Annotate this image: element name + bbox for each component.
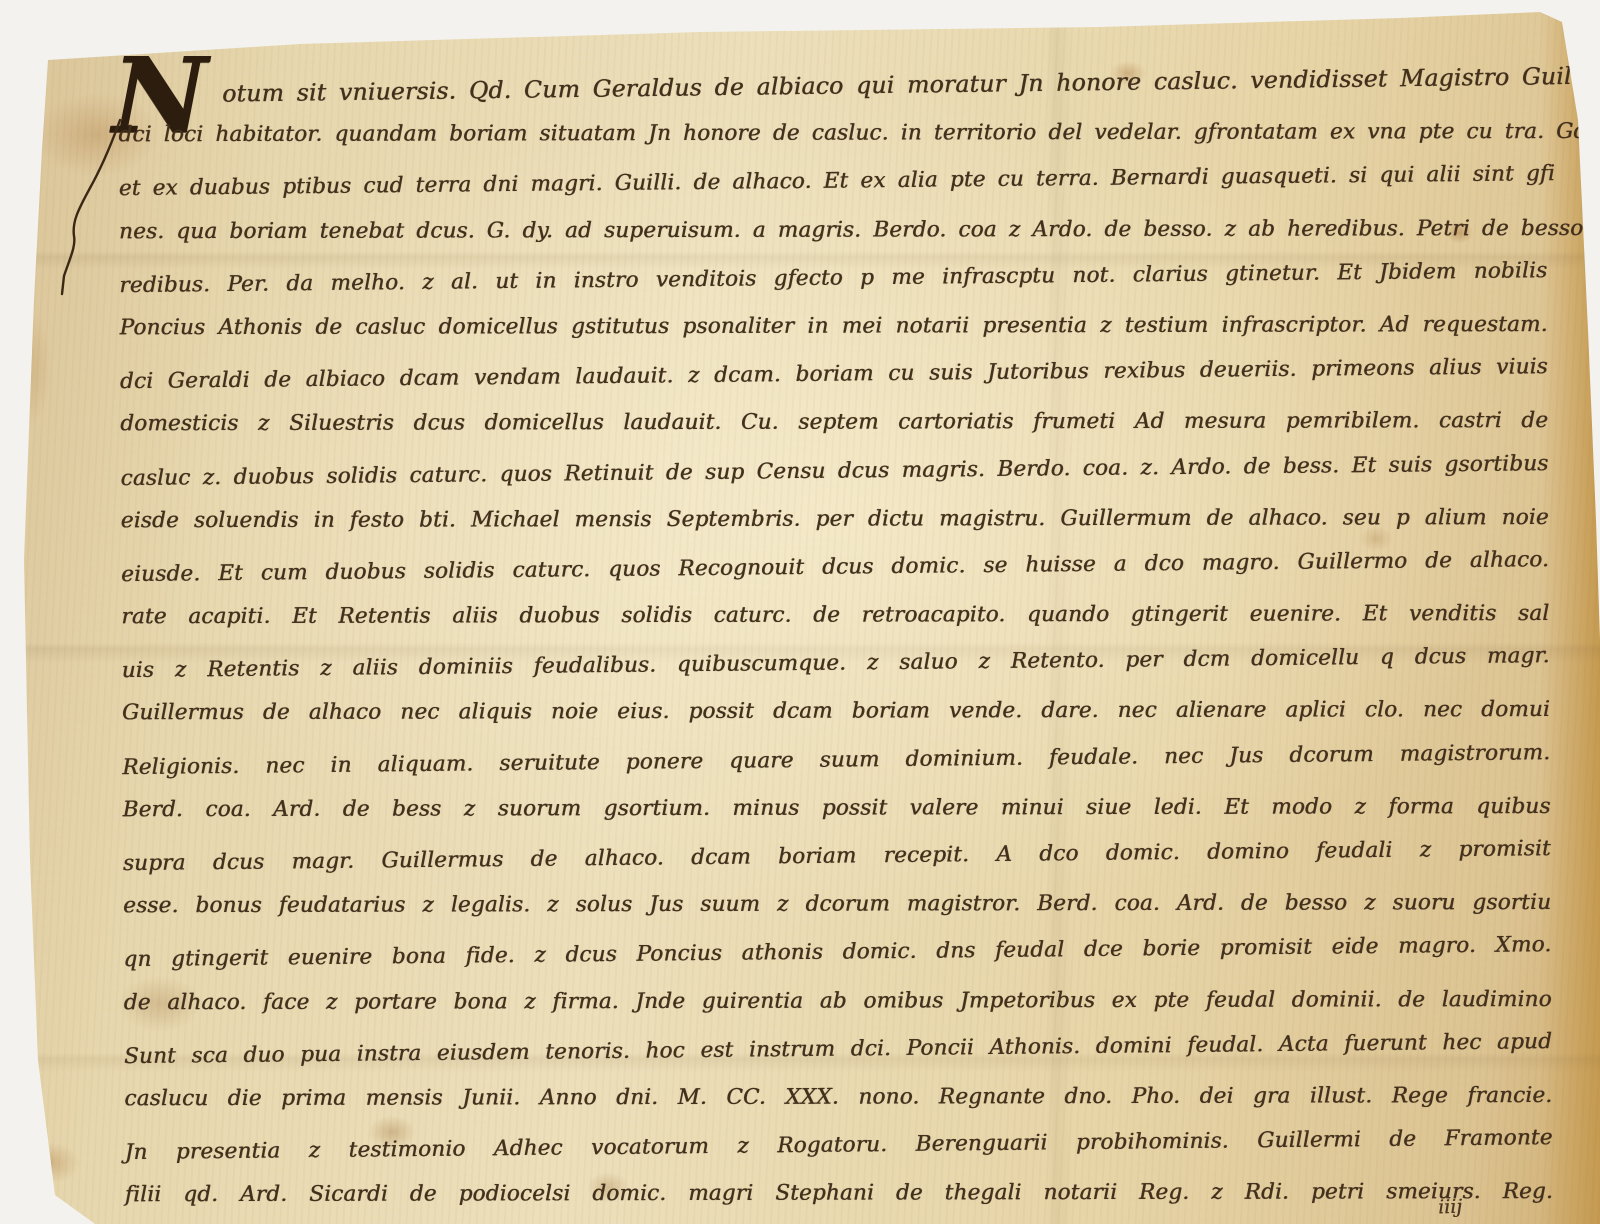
parchment-sheet: N otum sit vniuersis. Qd. Cum Geraldus d… — [0, 0, 1600, 1224]
manuscript-line: domesticis z Siluestris dcus domicellus … — [120, 397, 1548, 448]
manuscript-line: casluc z. duobus solidis caturc. quos Re… — [120, 440, 1548, 503]
folio-quire-mark: iiij — [1438, 1196, 1463, 1219]
scan-background: N otum sit vniuersis. Qd. Cum Geraldus d… — [0, 0, 1600, 1224]
manuscript-text: otum sit vniuersis. Qd. Cum Geraldus de … — [118, 57, 1553, 1222]
manuscript-line: Religionis. nec in aliquam. seruitute po… — [122, 729, 1550, 792]
manuscript-line: nes. qua boriam tenebat dcus. G. dy. ad … — [119, 205, 1547, 256]
manuscript-line: qn gtingerit euenire bona fide. z dcus P… — [123, 922, 1551, 985]
manuscript-line: de alhaco. face z portare bona z firma. … — [124, 976, 1552, 1027]
manuscript-line: Guillermus de alhaco nec aliquis noie ei… — [122, 686, 1550, 737]
manuscript-line: et ex duabus ptibus cud terra dni magri.… — [119, 151, 1547, 214]
manuscript-line: filii qd. Ard. Sicardi de podiocelsi dom… — [125, 1168, 1553, 1219]
